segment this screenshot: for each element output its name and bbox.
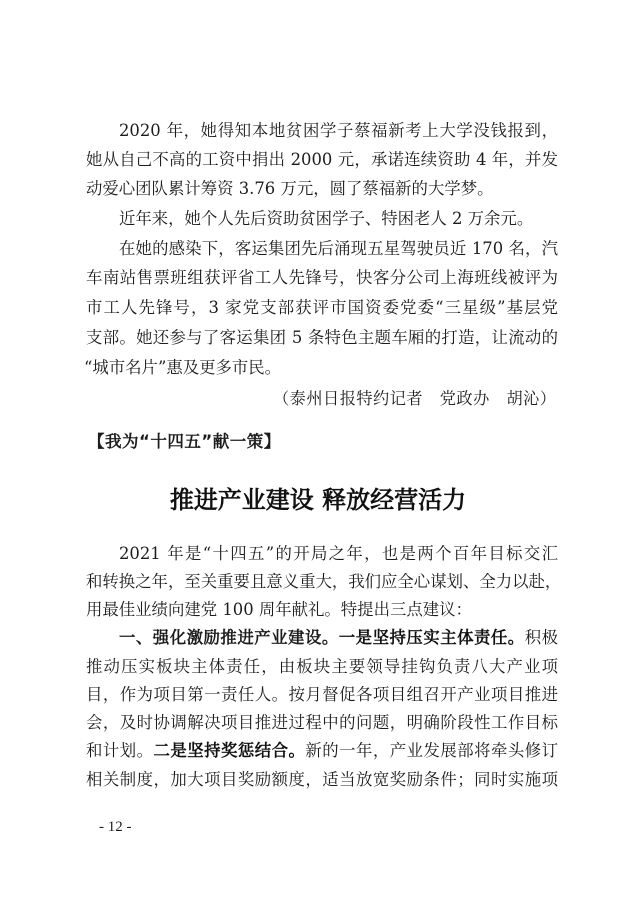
paragraph-line: 近年来，她个人先后资助贫困学子、特困老人 2 万余元。 [119, 208, 558, 230]
paragraph-line: 动爱心团队累计筹资 3.76 万元，圆了蔡福新的大学梦。 [86, 178, 558, 200]
article-headline: 推进产业建设 释放经营活力 [0, 484, 636, 516]
section-label: 【我为“十四五”献一策】 [88, 431, 281, 453]
page-number: - 12 - [99, 818, 132, 836]
paragraph-line: 会，及时协调解决项目推进过程中的问题，明确阶段性工作目标 [86, 712, 558, 734]
paragraph-line: 目，作为项目第一责任人。按月督促各项目组召开产业项目推进 [86, 684, 558, 706]
subpoint-label: 一是坚持压实主体责任。 [339, 628, 525, 647]
paragraph-line: 推动压实板块主体责任，由板块主要领导挂钩负责八大产业项 [86, 656, 558, 678]
paragraph-line: 相关制度，加大项目奖励额度，适当放宽奖励条件；同时实施项 [86, 769, 558, 791]
point-heading: 一、强化激励推进产业建设。 [119, 628, 339, 647]
paragraph-line: 和计划。二是坚持奖惩结合。新的一年，产业发展部将牵头修订 [86, 740, 558, 762]
paragraph-line: 车南站售票班组获评省工人先锋号，快客分公司上海班线被评为 [86, 267, 558, 289]
paragraph-line: 用最佳业绩向建党 100 周年献礼。特提出三点建议： [86, 599, 558, 621]
line-text: 和计划。 [86, 741, 154, 760]
paragraph-line: “城市名片”惠及更多市民。 [84, 357, 556, 379]
document-page: 2020 年，她得知本地贫困学子蔡福新考上大学没钱报到， 她从自己不高的工资中捐… [0, 0, 636, 900]
paragraph-line: 2021 年是“十四五”的开局之年，也是两个百年目标交汇 [119, 543, 558, 565]
paragraph-line: 支部。她还参与了客运集团 5 条特色主题车厢的打造，让流动的 [86, 327, 558, 349]
paragraph-line: 市工人先锋号，3 家党支部获评市国资委党委“三星级”基层党 [86, 297, 558, 319]
point-heading-line: 一、强化激励推进产业建设。一是坚持压实主体责任。积极 [119, 627, 558, 649]
paragraph-line: 和转换之年，至关重要且意义重大，我们应全心谋划、全力以赴， [86, 571, 558, 593]
line-text: 积极 [525, 628, 558, 647]
byline: （泰州日报特约记者 党政办 胡沁） [273, 388, 556, 410]
subpoint-label: 二是坚持奖惩结合。 [154, 741, 306, 760]
paragraph-line: 在她的感染下，客运集团先后涌现五星驾驶员近 170 名，汽 [119, 238, 558, 260]
paragraph-line: 她从自己不高的工资中捐出 2000 元，承诺连续资助 4 年，并发 [86, 149, 558, 171]
line-text: 新的一年，产业发展部将牵头修订 [305, 741, 558, 760]
paragraph-line: 2020 年，她得知本地贫困学子蔡福新考上大学没钱报到， [119, 120, 558, 142]
